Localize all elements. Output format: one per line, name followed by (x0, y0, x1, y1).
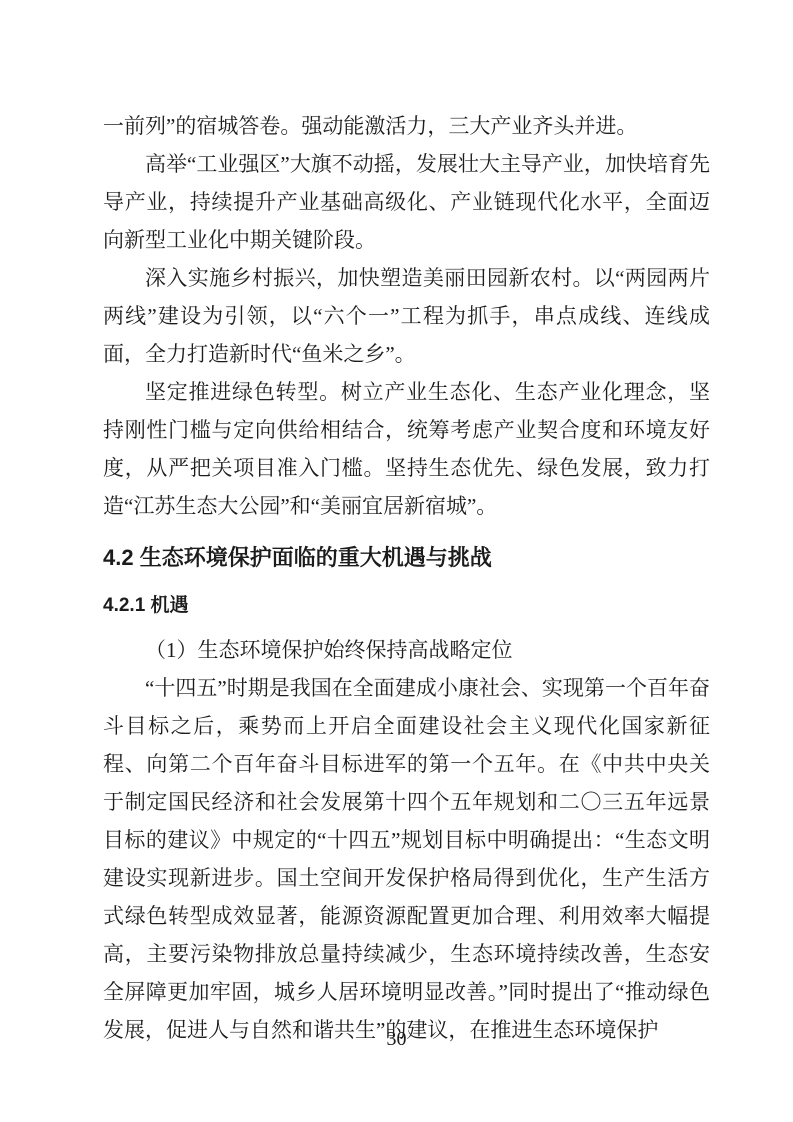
section-heading-4-2: 4.2 生态环境保护面临的重大机遇与挑战 (103, 538, 710, 578)
paragraph-continuation: 一前列”的宿城答卷。强动能激活力，三大产业齐头并进。 (103, 107, 710, 145)
page-footer: 30 (0, 1028, 793, 1051)
subsection-heading-4-2-1: 4.2.1 机遇 (103, 587, 710, 625)
paragraph-industry: 高举“工业强区”大旗不动摇，发展壮大主导产业，加快培育先导产业，持续提升产业基础… (103, 145, 710, 259)
document-page: 一前列”的宿城答卷。强动能激活力，三大产业齐头并进。 高举“工业强区”大旗不动摇… (0, 0, 793, 1122)
numbered-item-heading: （1）生态环境保护始终保持高战略定位 (103, 631, 710, 669)
paragraph-rural-revitalization: 深入实施乡村振兴，加快塑造美丽田园新农村。以“两园两片两线”建设为引领，以“六个… (103, 259, 710, 373)
page-number: 30 (387, 1028, 407, 1050)
page-content: 一前列”的宿城答卷。强动能激活力，三大产业齐头并进。 高举“工业强区”大旗不动摇… (103, 107, 710, 1049)
paragraph-fourteenth-five-year-plan: “十四五”时期是我国在全面建成小康社会、实现第一个百年奋斗目标之后，乘势而上开启… (103, 669, 710, 1049)
paragraph-green-transition: 坚定推进绿色转型。树立产业生态化、生态产业化理念，坚持刚性门槛与定向供给相结合，… (103, 373, 710, 525)
